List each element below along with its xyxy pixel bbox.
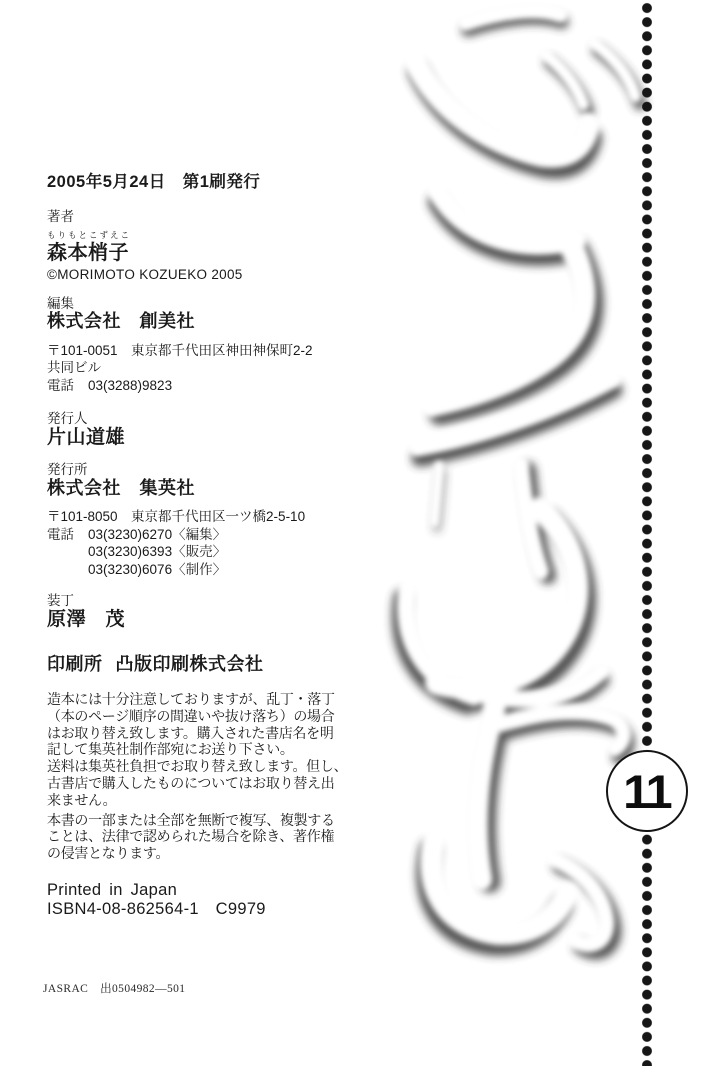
notice-copyright: 本書の一部または全部を無断で複写、複製する ことは、法律で認められた場合を除き、…	[47, 812, 377, 862]
printer-section: 印刷所 凸版印刷株式会社	[47, 654, 377, 676]
issuer-label: 発行人	[47, 411, 377, 427]
publisher-phone-row: 電話 03(3230)6270〈編集〉 03(3230)6393〈販売〉 03(…	[47, 526, 377, 579]
issuer-section: 発行人 片山道雄	[47, 411, 377, 449]
design-label: 装丁	[47, 593, 377, 609]
editor-label: 編集	[47, 296, 377, 312]
author-furigana: もりもとこずえこ	[47, 229, 377, 241]
colophon: 2005年5月24日 第1刷発行 著者 もりもとこずえこ 森本梢子 ©MORIM…	[47, 168, 377, 920]
editor-section: 編集 株式会社 創美社 〒101-0051 東京都千代田区神田神保町2-2 共同…	[47, 296, 377, 395]
printed-in-line: Printed in Japan	[47, 881, 377, 900]
editor-address-line2: 共同ビル	[47, 359, 377, 376]
editor-phone-number: 03(3288)9823	[88, 377, 172, 395]
author-label: 著者	[47, 209, 377, 225]
editor-phone-row: 電話 03(3288)9823	[47, 377, 377, 395]
dotted-border	[641, 0, 653, 1066]
publisher-section: 発行所 株式会社 集英社 〒101-8050 東京都千代田区一ツ橋2-5-10 …	[47, 462, 377, 578]
author-copyright: ©MORIMOTO KOZUEKO 2005	[47, 267, 377, 282]
publisher-phone-label: 電話	[47, 526, 74, 579]
design-section: 装丁 原澤 茂	[47, 593, 377, 631]
volume-badge: 11	[606, 750, 688, 832]
design-name: 原澤 茂	[47, 609, 377, 632]
publisher-name: 株式会社 集英社	[47, 478, 377, 500]
editor-name: 株式会社 創美社	[47, 311, 377, 333]
issuer-name: 片山道雄	[47, 427, 377, 450]
publisher-address-line1: 〒101-8050 東京都千代田区一ツ橋2-5-10	[47, 508, 377, 525]
publisher-phone-sales: 03(3230)6393〈販売〉	[88, 543, 226, 561]
volume-number: 11	[623, 768, 671, 815]
jasrac-line: JASRAC 出0504982—501	[43, 980, 185, 996]
edition-date-line: 2005年5月24日 第1刷発行	[47, 168, 377, 192]
author-name: 森本梢子	[47, 241, 377, 265]
publisher-label: 発行所	[47, 462, 377, 478]
notice-replacement: 造本には十分注意しておりますが、乱丁・落丁 （本のページ順序の間違いや抜け落ち）…	[47, 691, 377, 809]
editor-phone-label: 電話	[47, 377, 74, 395]
publisher-phone-editorial: 03(3230)6270〈編集〉	[88, 526, 226, 544]
printer-name: 凸版印刷株式会社	[116, 654, 264, 676]
printer-label: 印刷所	[47, 654, 103, 676]
calligraphy-white-strokes	[406, 10, 635, 944]
publisher-phone-production: 03(3230)6076〈制作〉	[88, 561, 226, 579]
isbn-line: ISBN4-08-862564-1 C9979	[47, 900, 377, 919]
page-root: { "page": {"background": "#ffffff", "ink…	[0, 0, 728, 1066]
author-section: 著者 もりもとこずえこ 森本梢子 ©MORIMOTO KOZUEKO 2005	[47, 209, 377, 282]
editor-address-line1: 〒101-0051 東京都千代田区神田神保町2-2	[47, 342, 377, 359]
